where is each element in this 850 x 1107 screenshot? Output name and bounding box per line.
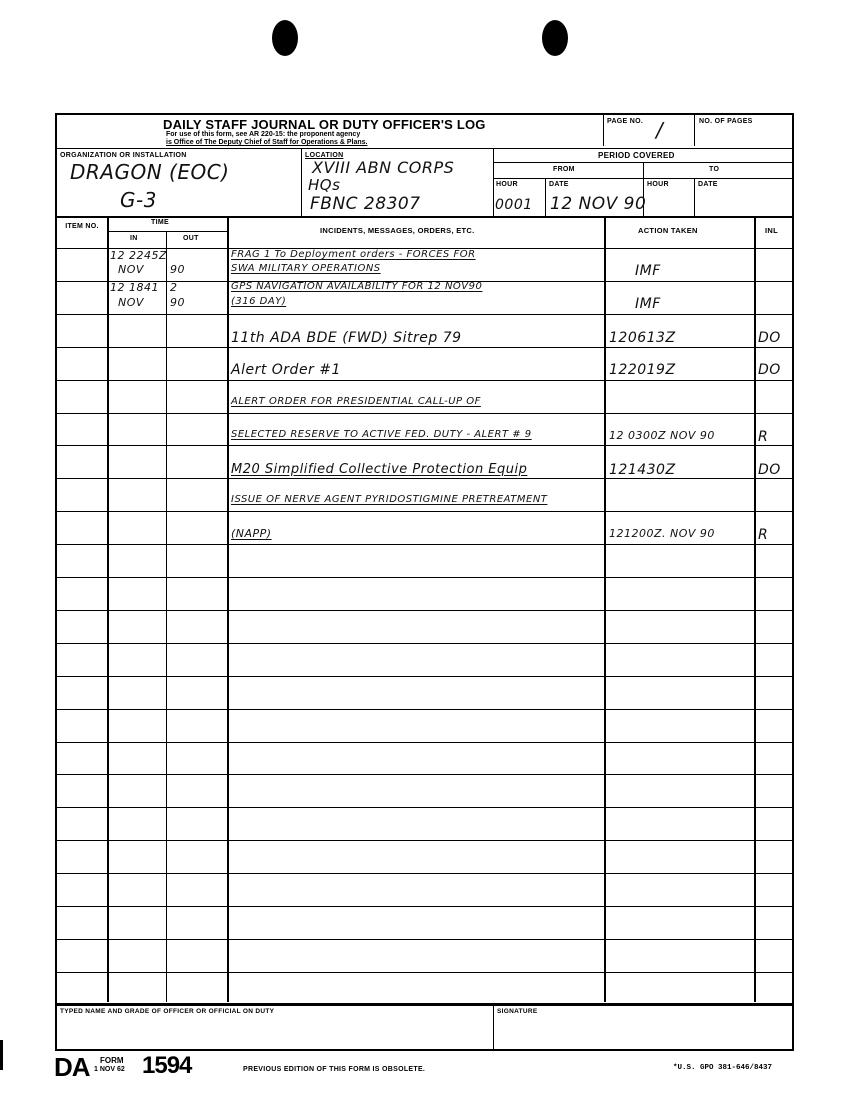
from-hour-field[interactable]: 0001 (495, 197, 533, 213)
row-divider (55, 906, 794, 907)
obsolete-notice: PREVIOUS EDITION OF THIS FORM IS OBSOLET… (243, 1066, 425, 1073)
form-subtitle-1: For use of this form, see AR 220-15: the… (166, 131, 360, 138)
form-date: 1 NOV 62 (94, 1066, 125, 1073)
inl-cell[interactable]: DO (758, 462, 781, 478)
location-line-1[interactable]: XVIII ABN CORPS (312, 158, 454, 177)
action-taken-cell[interactable]: 122019Z (609, 362, 676, 378)
to-date-label: DATE (698, 181, 718, 188)
action-taken-cell[interactable]: IMF (635, 263, 661, 279)
to-label: TO (709, 166, 719, 173)
incident-cell[interactable]: (NAPP) (231, 527, 272, 540)
incident-cell[interactable]: FRAG 1 To Deployment orders - FORCES FOR (231, 249, 476, 260)
row-divider (55, 445, 794, 446)
row-divider (55, 478, 794, 479)
from-label: FROM (553, 166, 575, 173)
page-no-label: PAGE NO. (607, 118, 643, 125)
form-prefix: DA (54, 1052, 90, 1083)
incident-cell[interactable]: M20 Simplified Collective Protection Equ… (231, 462, 527, 477)
inl-cell[interactable]: R (758, 527, 768, 543)
signature-field[interactable] (497, 1020, 789, 1046)
row-divider (55, 840, 794, 841)
time-in-cell[interactable]: NOV (118, 263, 144, 276)
row-divider (55, 413, 794, 414)
to-hour-field[interactable] (647, 196, 691, 212)
form-title: DAILY STAFF JOURNAL OR DUTY OFFICER'S LO… (163, 117, 486, 132)
row-divider (55, 742, 794, 743)
incident-cell[interactable]: Alert Order #1 (231, 362, 341, 378)
incident-cell[interactable]: GPS NAVIGATION AVAILABILITY FOR 12 NOV90 (231, 281, 482, 292)
location-line-3[interactable]: FBNC 28307 (310, 194, 421, 214)
header-time: TIME (151, 219, 169, 226)
time-in-cell[interactable]: 12 1841 (110, 281, 159, 294)
time-out-cell[interactable]: 2 (170, 281, 178, 294)
row-divider (55, 544, 794, 545)
incident-cell[interactable]: ISSUE OF NERVE AGENT PYRIDOSTIGMINE PRET… (231, 494, 547, 505)
action-taken-cell[interactable]: 121200Z. NOV 90 (609, 527, 715, 540)
inl-cell[interactable]: R (758, 429, 768, 445)
row-divider (55, 610, 794, 611)
header-action-taken: ACTION TAKEN (638, 226, 698, 235)
row-divider (55, 709, 794, 710)
signature-label: SIGNATURE (497, 1008, 538, 1015)
no-of-pages-field[interactable] (699, 128, 789, 144)
margin-mark (0, 1040, 3, 1070)
row-divider (55, 873, 794, 874)
incident-cell[interactable]: SELECTED RESERVE TO ACTIVE FED. DUTY - A… (231, 429, 532, 440)
action-taken-cell[interactable]: 121430Z (609, 462, 676, 478)
row-divider (55, 676, 794, 677)
row-divider (55, 774, 794, 775)
row-divider (55, 972, 794, 973)
row-divider (55, 511, 794, 512)
time-out-cell[interactable]: 90 (170, 263, 185, 276)
no-of-pages-label: NO. OF PAGES (699, 118, 753, 125)
time-in-cell[interactable]: NOV (118, 296, 144, 309)
from-date-label: DATE (549, 181, 569, 188)
row-divider (55, 1005, 794, 1006)
typed-name-label: TYPED NAME AND GRADE OF OFFICER OR OFFIC… (60, 1008, 274, 1015)
row-divider (55, 807, 794, 808)
organization-label: ORGANIZATION OR INSTALLATION (60, 152, 187, 159)
incident-cell[interactable]: 11th ADA BDE (FWD) Sitrep 79 (231, 330, 462, 346)
row-divider (55, 643, 794, 644)
header-item-no: ITEM NO. (62, 222, 102, 231)
row-divider (55, 380, 794, 381)
action-taken-cell[interactable]: 12 0300Z NOV 90 (609, 429, 715, 442)
row-divider (55, 347, 794, 348)
action-taken-cell[interactable]: IMF (635, 296, 661, 312)
row-divider (55, 577, 794, 578)
organization-line-1[interactable]: DRAGON (EOC) (70, 160, 230, 184)
period-covered-label: PERIOD COVERED (598, 151, 675, 160)
header-incidents: INCIDENTS, MESSAGES, ORDERS, ETC. (320, 226, 475, 235)
incident-cell[interactable]: (316 DAY) (231, 296, 286, 307)
form-word: FORM (100, 1056, 124, 1065)
form-subtitle-2: is Office of The Deputy Chief of Staff f… (166, 139, 367, 146)
header-in: IN (130, 235, 138, 242)
incident-cell[interactable]: SWA MILITARY OPERATIONS (231, 263, 381, 274)
time-in-cell[interactable]: 12 2245Z (110, 249, 167, 262)
inl-cell[interactable]: DO (758, 362, 781, 378)
inl-cell[interactable]: DO (758, 330, 781, 346)
incident-cell[interactable]: ALERT ORDER FOR PRESIDENTIAL CALL-UP OF (231, 396, 481, 407)
page-no-field[interactable]: / (656, 118, 663, 142)
gpo-code: *U.S. GPO 381-646/8437 (673, 1064, 772, 1072)
punch-hole-left (272, 20, 298, 56)
to-hour-label: HOUR (647, 181, 669, 188)
form-number: 1594 (142, 1052, 191, 1080)
location-line-2[interactable]: HQs (308, 176, 340, 194)
typed-name-field[interactable] (60, 1020, 488, 1046)
header-out: OUT (183, 235, 199, 242)
row-divider (55, 314, 794, 315)
to-date-field[interactable] (698, 196, 788, 212)
from-date-field[interactable]: 12 NOV 90 (550, 194, 646, 214)
action-taken-cell[interactable]: 120613Z (609, 330, 676, 346)
organization-line-2[interactable]: G-3 (120, 188, 157, 212)
time-out-cell[interactable]: 90 (170, 296, 185, 309)
row-divider (55, 939, 794, 940)
from-hour-label: HOUR (496, 181, 518, 188)
punch-hole-right (542, 20, 568, 56)
header-inl: INL (765, 226, 778, 235)
